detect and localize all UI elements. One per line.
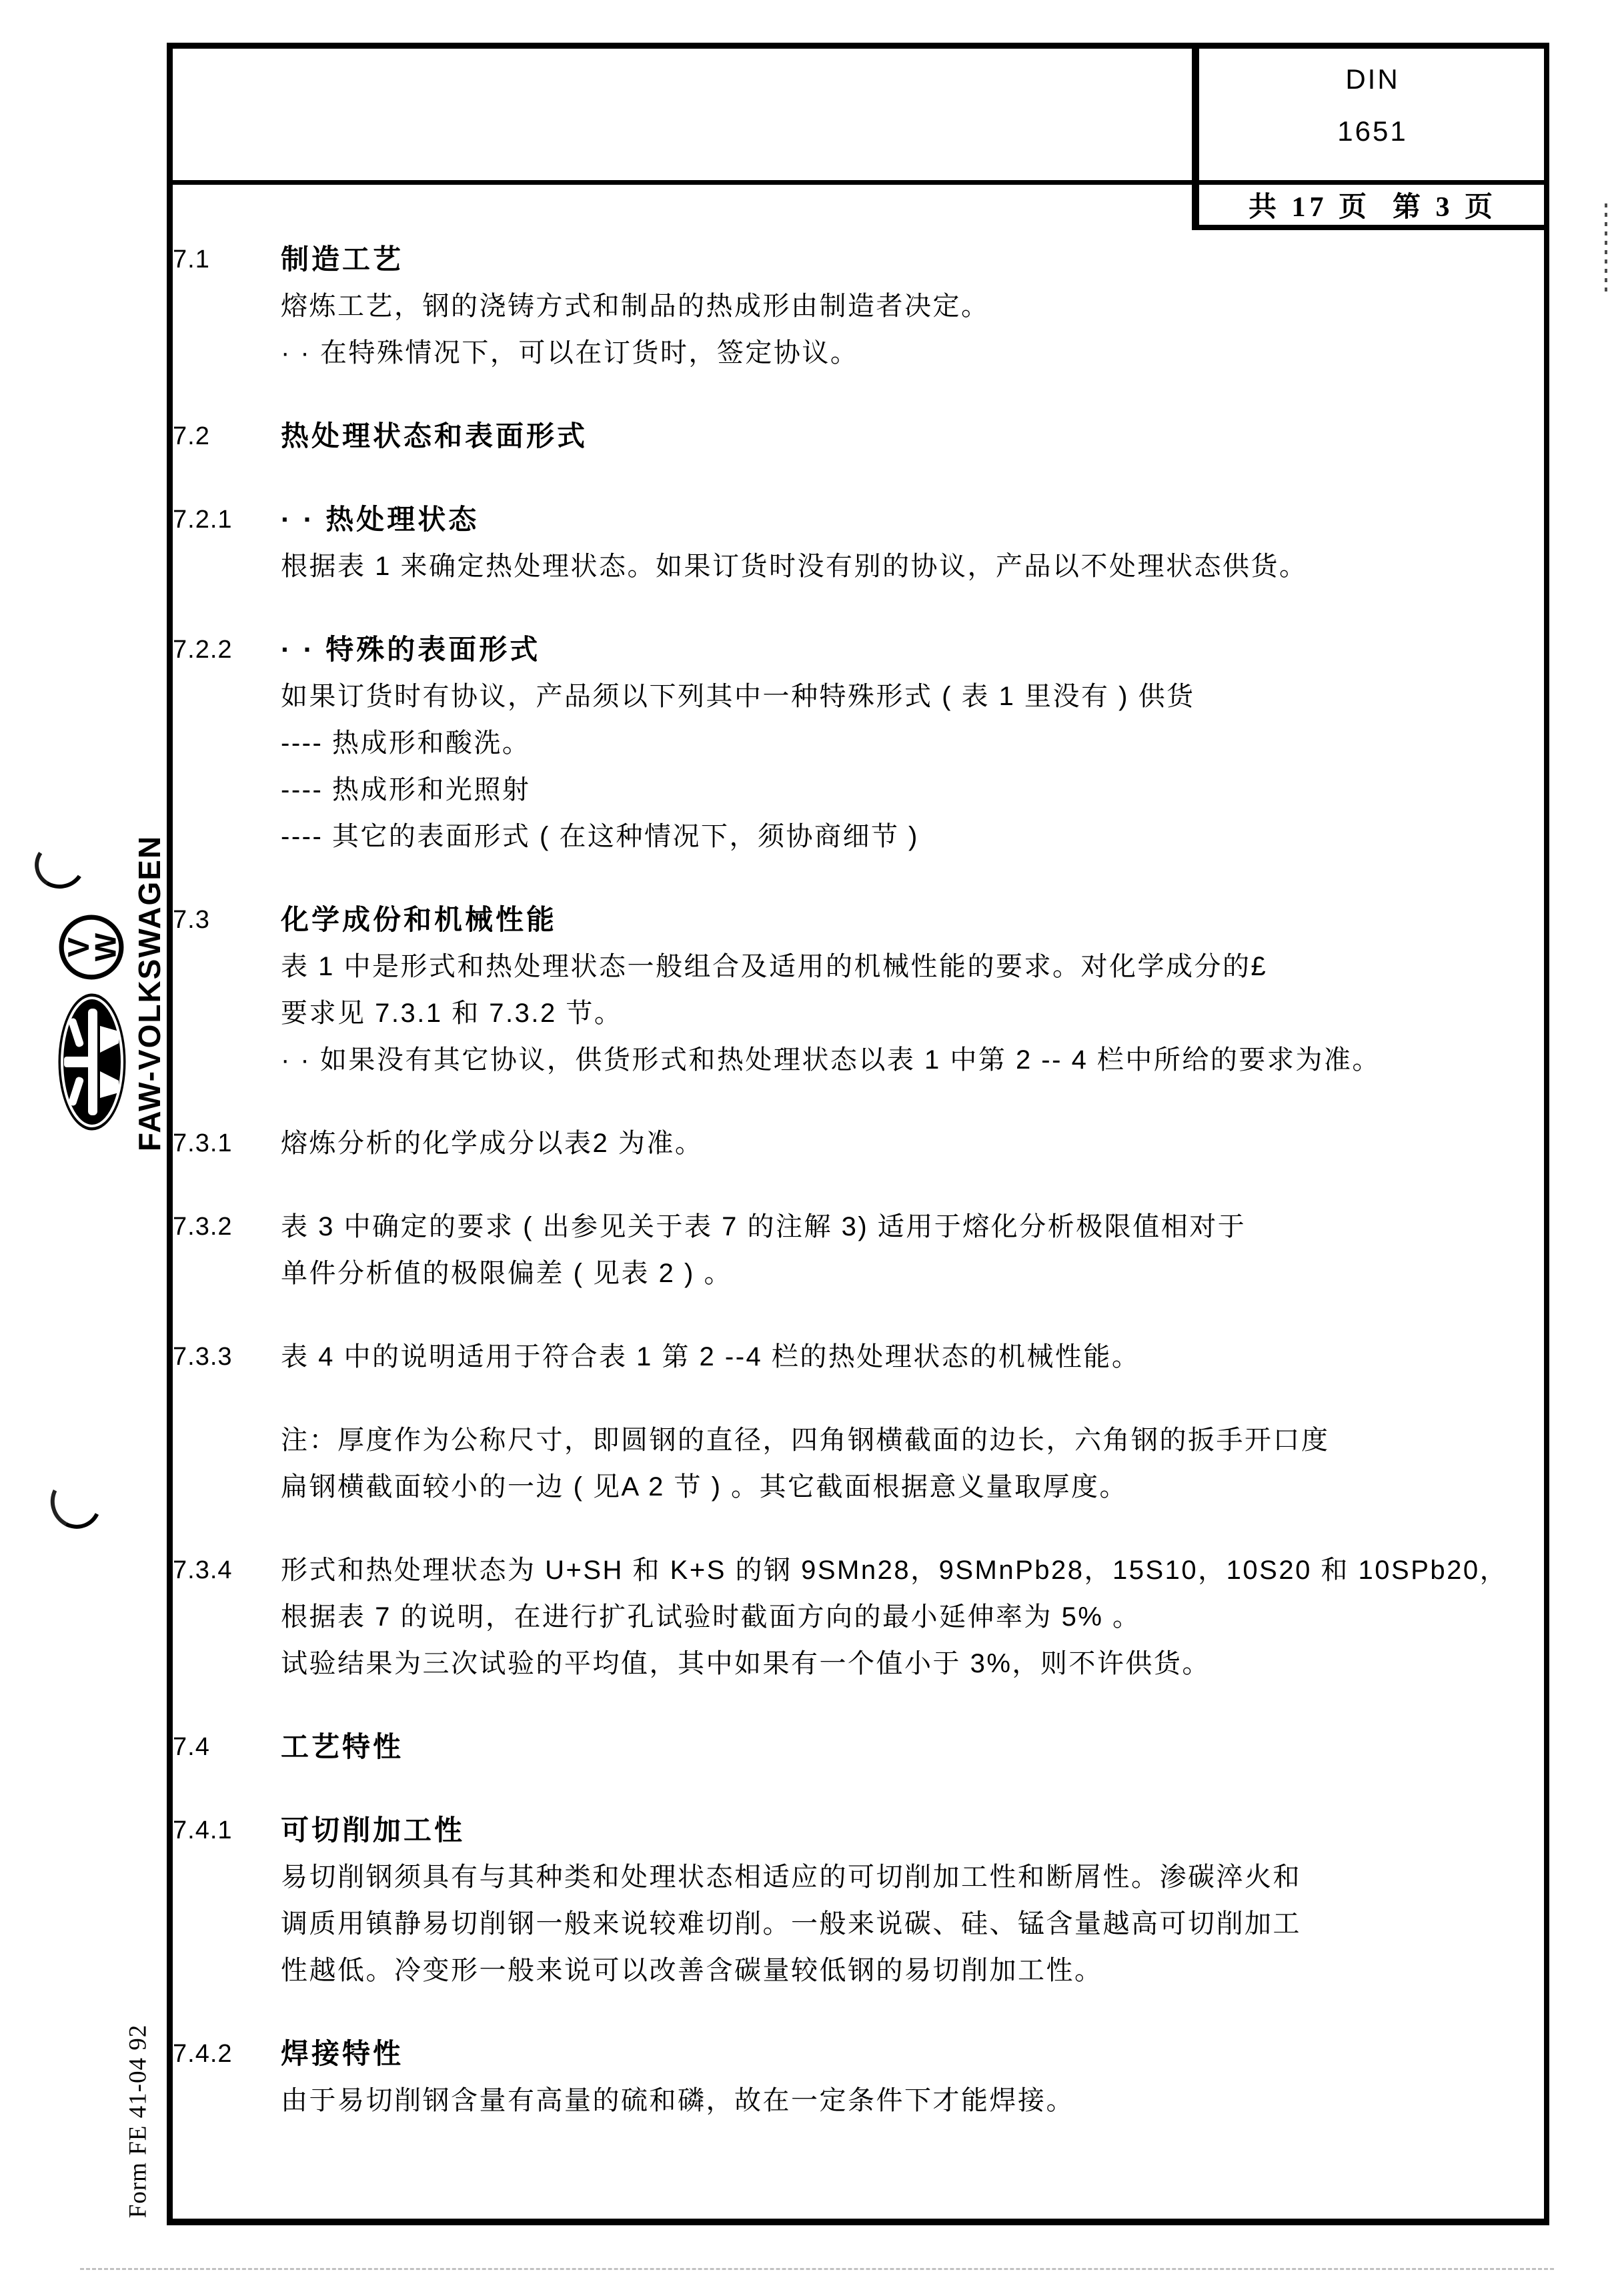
section-body: 表 3 中确定的要求 ( 出参见关于表 7 的注解 3) 适用于熔化分析极限值相… bbox=[281, 1203, 1544, 1297]
section-row: 7.4 工艺特性 bbox=[173, 1724, 1544, 1770]
company-name-vertical: FAW-VOLKSWAGEN bbox=[131, 835, 167, 1151]
section-body: 熔炼分析的化学成分以表2 为准。 bbox=[281, 1120, 1544, 1167]
section-body: 注：厚度作为公称尺寸，即圆钢的直径，四角钢横截面的边长，六角钢的扳手开口度扁钢横… bbox=[281, 1417, 1544, 1510]
section-line: 注：厚度作为公称尺寸，即圆钢的直径，四角钢横截面的边长，六角钢的扳手开口度 bbox=[281, 1417, 1544, 1464]
section-line: 表 3 中确定的要求 ( 出参见关于表 7 的注解 3) 适用于熔化分析极限值相… bbox=[281, 1203, 1544, 1250]
din-standard-box: DIN 1651 bbox=[1199, 49, 1546, 180]
section-body: 化学成份和机械性能表 1 中是形式和热处理状态一般组合及适用的机械性能的要求。对… bbox=[281, 897, 1544, 1083]
section-line: 表 4 中的说明适用于符合表 1 第 2 --4 栏的热处理状态的机械性能。 bbox=[281, 1333, 1544, 1380]
section-line: 根据表 1 来确定热处理状态。如果订货时没有别的协议，产品以不处理状态供货。 bbox=[281, 543, 1544, 590]
section-row: 7.3.3 表 4 中的说明适用于符合表 1 第 2 --4 栏的热处理状态的机… bbox=[173, 1333, 1544, 1380]
section-line: ---- 热成形和光照射 bbox=[281, 766, 1544, 813]
section-number: 7.3.3 bbox=[173, 1333, 281, 1380]
section-line: 熔炼分析的化学成分以表2 为准。 bbox=[281, 1120, 1544, 1167]
section-line: ---- 热成形和酸洗。 bbox=[281, 720, 1544, 766]
section-line: 要求见 7.3.1 和 7.3.2 节。 bbox=[281, 990, 1544, 1037]
section-row: 7.3.2 表 3 中确定的要求 ( 出参见关于表 7 的注解 3) 适用于熔化… bbox=[173, 1203, 1544, 1297]
section-line: 性越低。冷变形一般来说可以改善含碳量较低钢的易切削加工性。 bbox=[281, 1947, 1544, 1994]
section-body: 可切削加工性易切削钢须具有与其种类和处理状态相适应的可切削加工性和断屑性。渗碳淬… bbox=[281, 1807, 1544, 1994]
section-number bbox=[173, 1417, 281, 1510]
section-number: 7.3.2 bbox=[173, 1203, 281, 1297]
section-heading: 工艺特性 bbox=[281, 1724, 1544, 1770]
section-number: 7.3 bbox=[173, 897, 281, 1083]
section-row: 注：厚度作为公称尺寸，即圆钢的直径，四角钢横截面的边长，六角钢的扳手开口度扁钢横… bbox=[173, 1417, 1544, 1510]
section-number: 7.4.2 bbox=[173, 2031, 281, 2124]
section-line: 表 1 中是形式和热处理状态一般组合及适用的机械性能的要求。对化学成分的£ bbox=[281, 943, 1544, 990]
section-number: 7.3.4 bbox=[173, 1547, 281, 1687]
section-line: 试验结果为三次试验的平均值，其中如果有一个值小于 3%，则不许供货。 bbox=[281, 1640, 1544, 1687]
section-line: 如果订货时有协议，产品须以下列其中一种特殊形式 ( 表 1 里没有 ) 供货 bbox=[281, 673, 1544, 720]
section-heading: · · 特殊的表面形式 bbox=[281, 626, 1544, 673]
section-number: 7.4 bbox=[173, 1724, 281, 1770]
section-body: 制造工艺熔炼工艺，钢的浇铸方式和制品的热成形由制造者决定。· · 在特殊情况下，… bbox=[281, 236, 1544, 376]
punch-hole-mark-bottom bbox=[43, 1469, 108, 1536]
header-separator-line bbox=[167, 180, 1549, 185]
section-body: · · 特殊的表面形式如果订货时有协议，产品须以下列其中一种特殊形式 ( 表 1… bbox=[281, 626, 1544, 860]
section-number: 7.3.1 bbox=[173, 1120, 281, 1167]
section-number: 7.2 bbox=[173, 413, 281, 460]
section-number: 7.2.2 bbox=[173, 626, 281, 860]
section-row: 7.2.2 · · 特殊的表面形式如果订货时有协议，产品须以下列其中一种特殊形式… bbox=[173, 626, 1544, 860]
section-line: 易切削钢须具有与其种类和处理状态相适应的可切削加工性和断屑性。渗碳淬火和 bbox=[281, 1854, 1544, 1900]
section-row: 7.2 热处理状态和表面形式 bbox=[173, 413, 1544, 460]
section-body: 表 4 中的说明适用于符合表 1 第 2 --4 栏的热处理状态的机械性能。 bbox=[281, 1333, 1544, 1380]
section-line: 由于易切削钢含量有高量的硫和磷，故在一定条件下才能焊接。 bbox=[281, 2077, 1544, 2124]
section-line: 调质用镇静易切削钢一般来说较难切削。一般来说碳、硅、锰含量越高可切削加工 bbox=[281, 1900, 1544, 1947]
form-number-vertical: Form FE 41-04 92 bbox=[124, 2025, 153, 2218]
section-body: · · 热处理状态根据表 1 来确定热处理状态。如果订货时没有别的协议，产品以不… bbox=[281, 496, 1544, 590]
section-row: 7.1 制造工艺熔炼工艺，钢的浇铸方式和制品的热成形由制造者决定。· · 在特殊… bbox=[173, 236, 1544, 376]
section-heading: 焊接特性 bbox=[281, 2031, 1544, 2077]
scan-noise-right-edge bbox=[1605, 203, 1607, 297]
din-standard-number: 1651 bbox=[1199, 115, 1546, 147]
section-row: 7.4.2 焊接特性由于易切削钢含量有高量的硫和磷，故在一定条件下才能焊接。 bbox=[173, 2031, 1544, 2124]
section-line: · · 在特殊情况下，可以在订货时，签定协议。 bbox=[281, 330, 1544, 376]
section-line: 形式和热处理状态为 U+SH 和 K+S 的钢 9SMn28，9SMnPb28，… bbox=[281, 1547, 1544, 1594]
section-line: 根据表 7 的说明，在进行扩孔试验时截面方向的最小延伸率为 5% 。 bbox=[281, 1594, 1544, 1640]
section-number: 7.2.1 bbox=[173, 496, 281, 590]
section-heading: 热处理状态和表面形式 bbox=[281, 413, 1544, 460]
section-line: 熔炼工艺，钢的浇铸方式和制品的热成形由制造者决定。 bbox=[281, 283, 1544, 330]
section-body: 热处理状态和表面形式 bbox=[281, 413, 1544, 460]
section-row: 7.3 化学成份和机械性能表 1 中是形式和热处理状态一般组合及适用的机械性能的… bbox=[173, 897, 1544, 1083]
faw-logo-icon bbox=[56, 991, 128, 1133]
section-heading: 制造工艺 bbox=[281, 236, 1544, 283]
scan-noise-bottom-edge bbox=[80, 2268, 1554, 2270]
section-body: 焊接特性由于易切削钢含量有高量的硫和磷，故在一定条件下才能焊接。 bbox=[281, 2031, 1544, 2124]
vw-logo-icon: V W bbox=[57, 913, 126, 981]
section-line: 单件分析值的极限偏差 ( 见表 2 ) 。 bbox=[281, 1250, 1544, 1297]
section-body: 形式和热处理状态为 U+SH 和 K+S 的钢 9SMn28，9SMnPb28，… bbox=[281, 1547, 1544, 1687]
section-body: 工艺特性 bbox=[281, 1724, 1544, 1770]
section-number: 7.4.1 bbox=[173, 1807, 281, 1994]
section-line: ---- 其它的表面形式 ( 在这种情况下，须协商细节 ) bbox=[281, 813, 1544, 860]
section-heading: 化学成份和机械性能 bbox=[281, 897, 1544, 943]
section-row: 7.3.4 形式和热处理状态为 U+SH 和 K+S 的钢 9SMn28，9SM… bbox=[173, 1547, 1544, 1687]
punch-hole-mark-top bbox=[30, 836, 89, 893]
section-row: 7.4.1 可切削加工性易切削钢须具有与其种类和处理状态相适应的可切削加工性和断… bbox=[173, 1807, 1544, 1994]
section-line: 扁钢横截面较小的一边 ( 见A 2 节 ) 。其它截面根据意义量取厚度。 bbox=[281, 1464, 1544, 1510]
section-number: 7.1 bbox=[173, 236, 281, 376]
sections: 7.1 制造工艺熔炼工艺，钢的浇铸方式和制品的热成形由制造者决定。· · 在特殊… bbox=[173, 188, 1544, 2124]
section-heading: · · 热处理状态 bbox=[281, 496, 1544, 543]
vw-monogram-w: W bbox=[89, 933, 123, 961]
document-page: DIN 1651 共 17 页 第 3 页 7.1 制造工艺熔炼工艺，钢的浇铸方… bbox=[0, 0, 1612, 2296]
section-line: · · 如果没有其它协议，供货形式和热处理状态以表 1 中第 2 -- 4 栏中… bbox=[281, 1037, 1544, 1083]
din-label: DIN bbox=[1199, 63, 1546, 95]
section-heading: 可切削加工性 bbox=[281, 1807, 1544, 1854]
section-row: 7.3.1 熔炼分析的化学成分以表2 为准。 bbox=[173, 1120, 1544, 1167]
section-row: 7.2.1 · · 热处理状态根据表 1 来确定热处理状态。如果订货时没有别的协… bbox=[173, 496, 1544, 590]
